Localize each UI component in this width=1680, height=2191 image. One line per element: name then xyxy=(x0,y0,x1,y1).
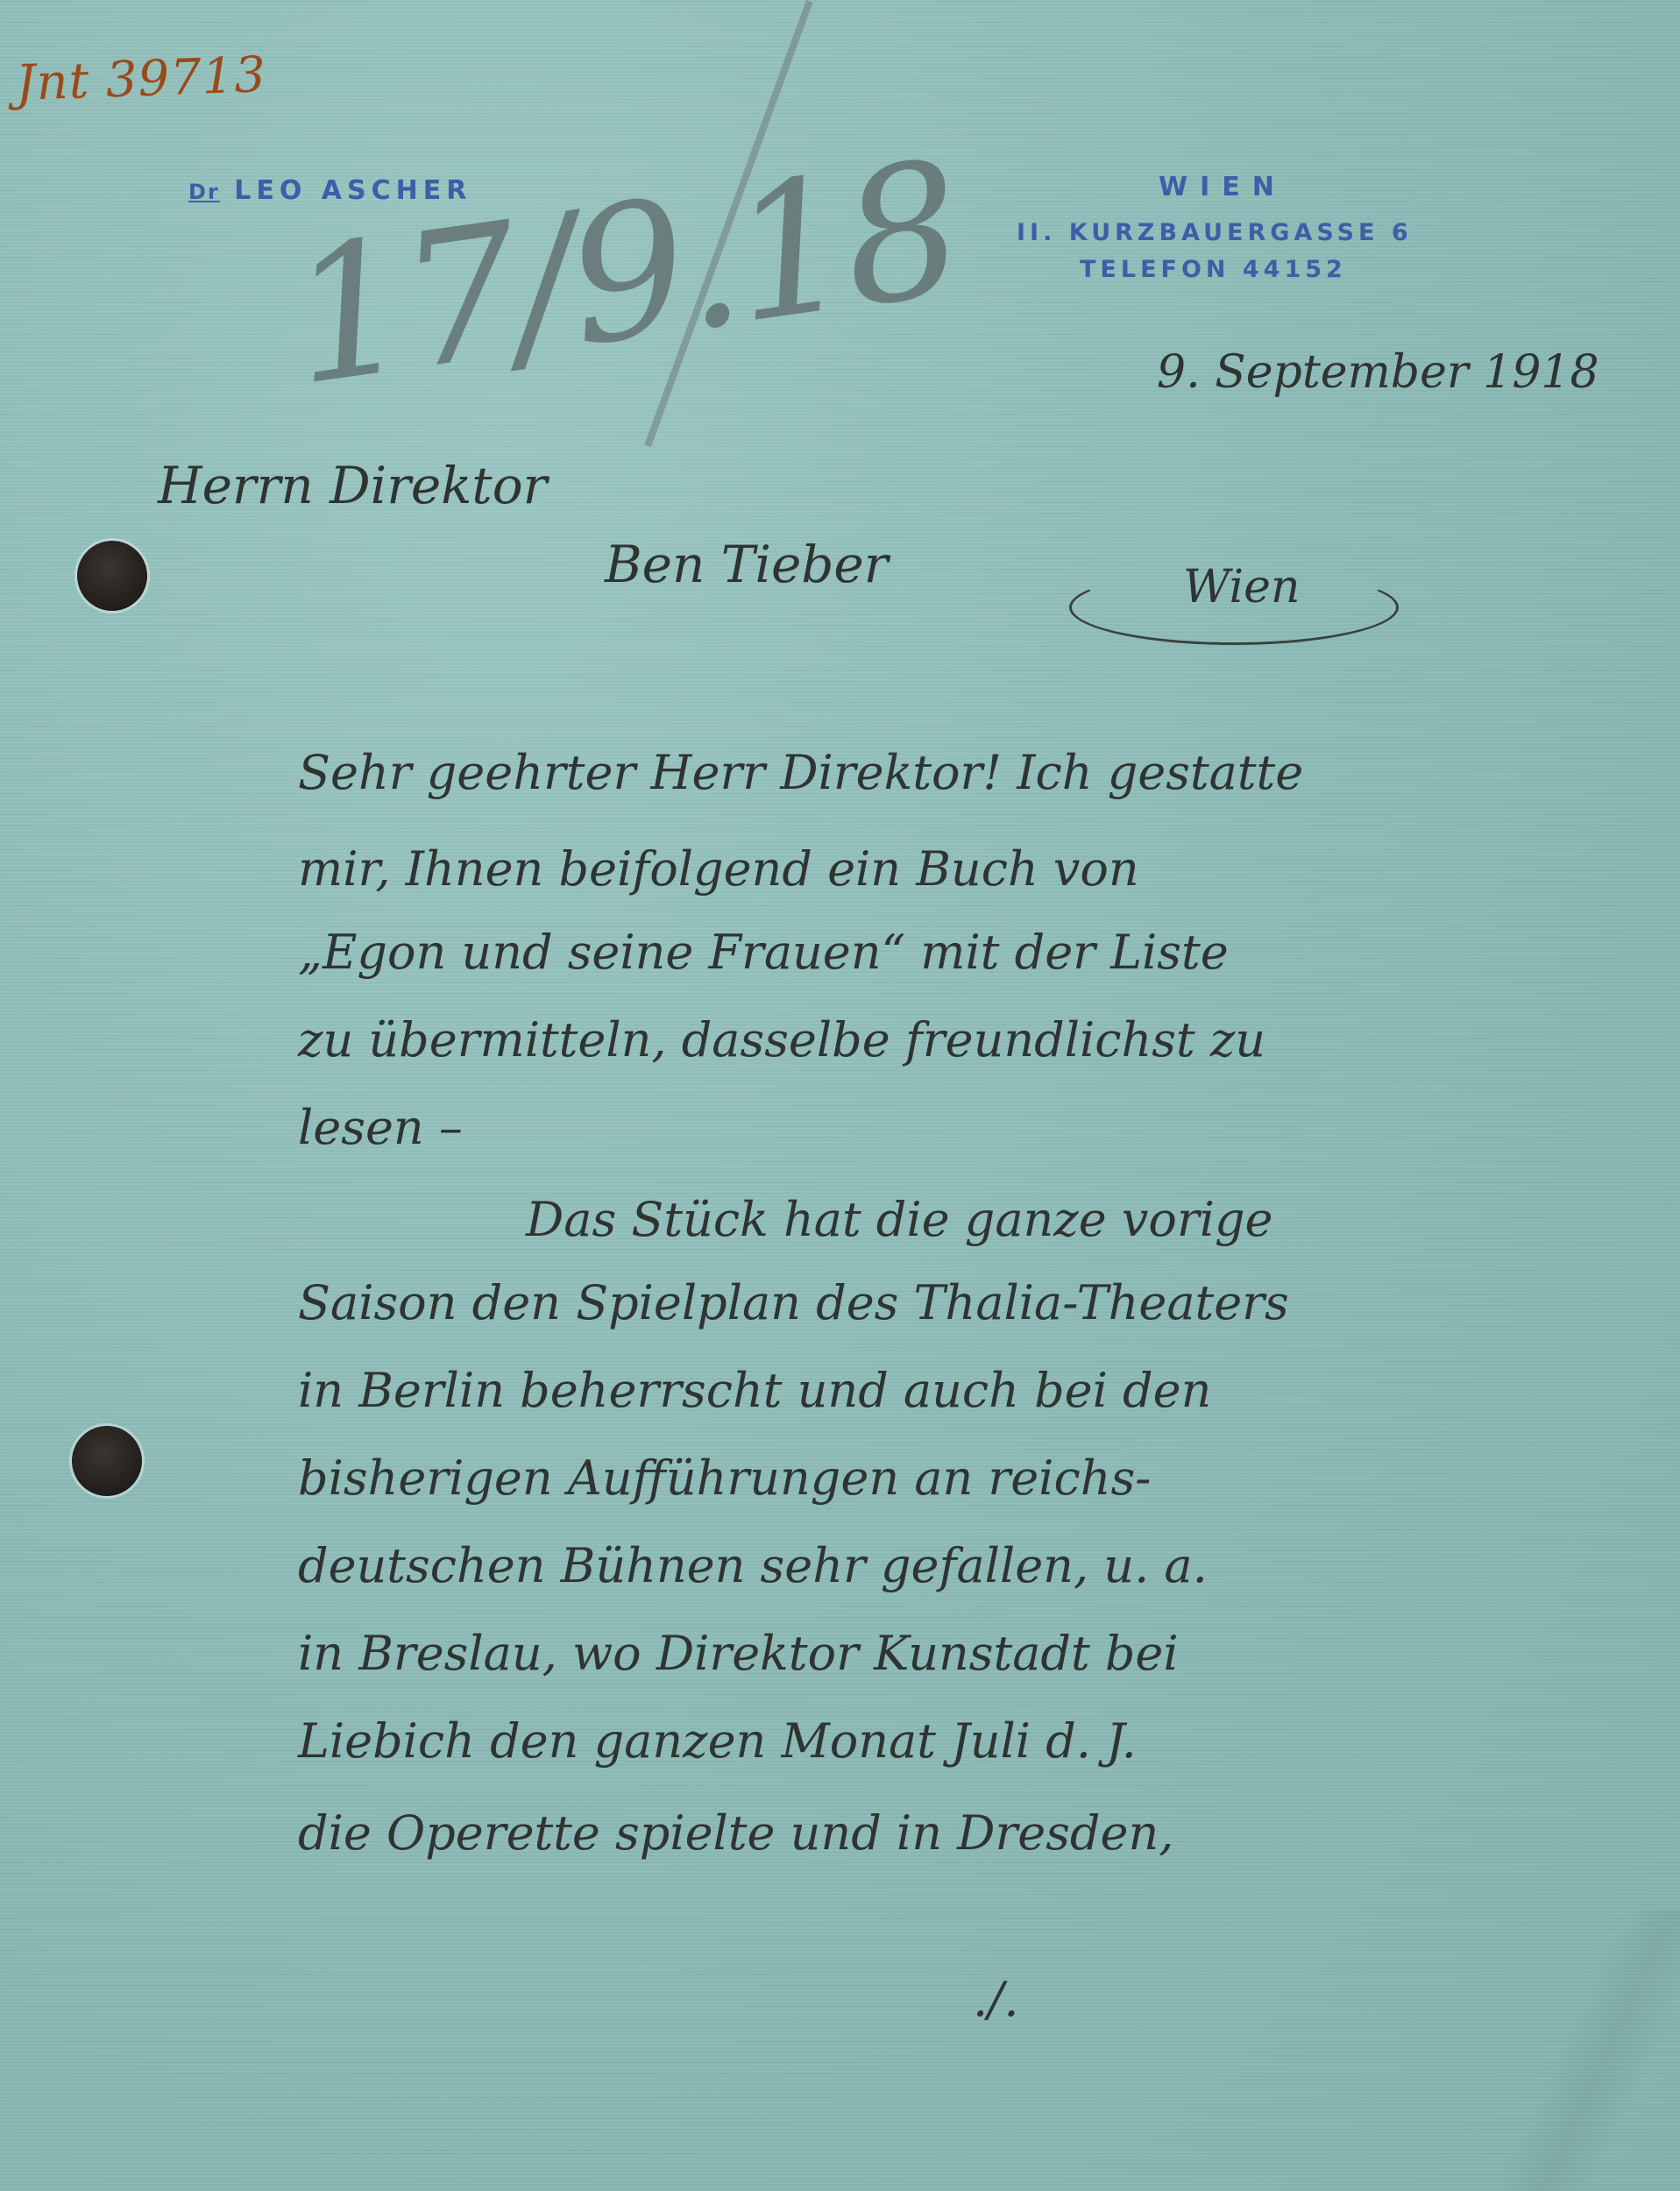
body-line: in Breslau, wo Direktor Kunstadt bei xyxy=(298,1626,1179,1681)
paper-crease xyxy=(1505,1911,1680,2191)
punch-hole xyxy=(77,541,147,611)
body-line: Das Stück hat die ganze vorige xyxy=(526,1192,1273,1247)
body-line: mir, Ihnen beifolgend ein Buch von xyxy=(298,841,1139,897)
body-line: zu übermitteln, dasselbe freundlichst zu xyxy=(298,1012,1265,1067)
body-line: „Egon und seine Frauen“ mit der Liste xyxy=(298,925,1229,980)
letterhead-phone: TELEFON 44152 xyxy=(1080,256,1347,283)
recipient-title: Herrn Direktor xyxy=(158,456,547,515)
letterhead-title: Dr xyxy=(188,180,220,204)
letter-date: 9. September 1918 xyxy=(1157,346,1599,399)
letterhead-address: II. KURZBAUERGASSE 6 xyxy=(1017,219,1413,246)
continuation-marker: ./. xyxy=(973,1972,1019,2027)
body-line: Saison den Spielplan des Thalia-Theaters xyxy=(298,1275,1289,1330)
body-line: die Operette spielte und in Dresden, xyxy=(298,1805,1173,1861)
letterhead-city: WIEN xyxy=(1159,172,1287,202)
body-line: deutschen Bühnen sehr gefallen, u. a. xyxy=(298,1538,1208,1593)
punch-hole xyxy=(72,1426,142,1496)
body-line: in Berlin beherrscht und auch bei den xyxy=(298,1363,1211,1418)
recipient-place: Wien xyxy=(1183,561,1300,613)
body-line: Liebich den ganzen Monat Juli d. J. xyxy=(298,1713,1137,1769)
body-line: lesen – xyxy=(298,1100,463,1155)
body-line: Sehr geehrter Herr Direktor! Ich gestatt… xyxy=(298,745,1303,800)
archive-number: Jnt 39713 xyxy=(15,46,267,112)
recipient-name: Ben Tieber xyxy=(605,535,888,594)
body-line: bisherigen Aufführungen an reichs- xyxy=(298,1450,1151,1506)
